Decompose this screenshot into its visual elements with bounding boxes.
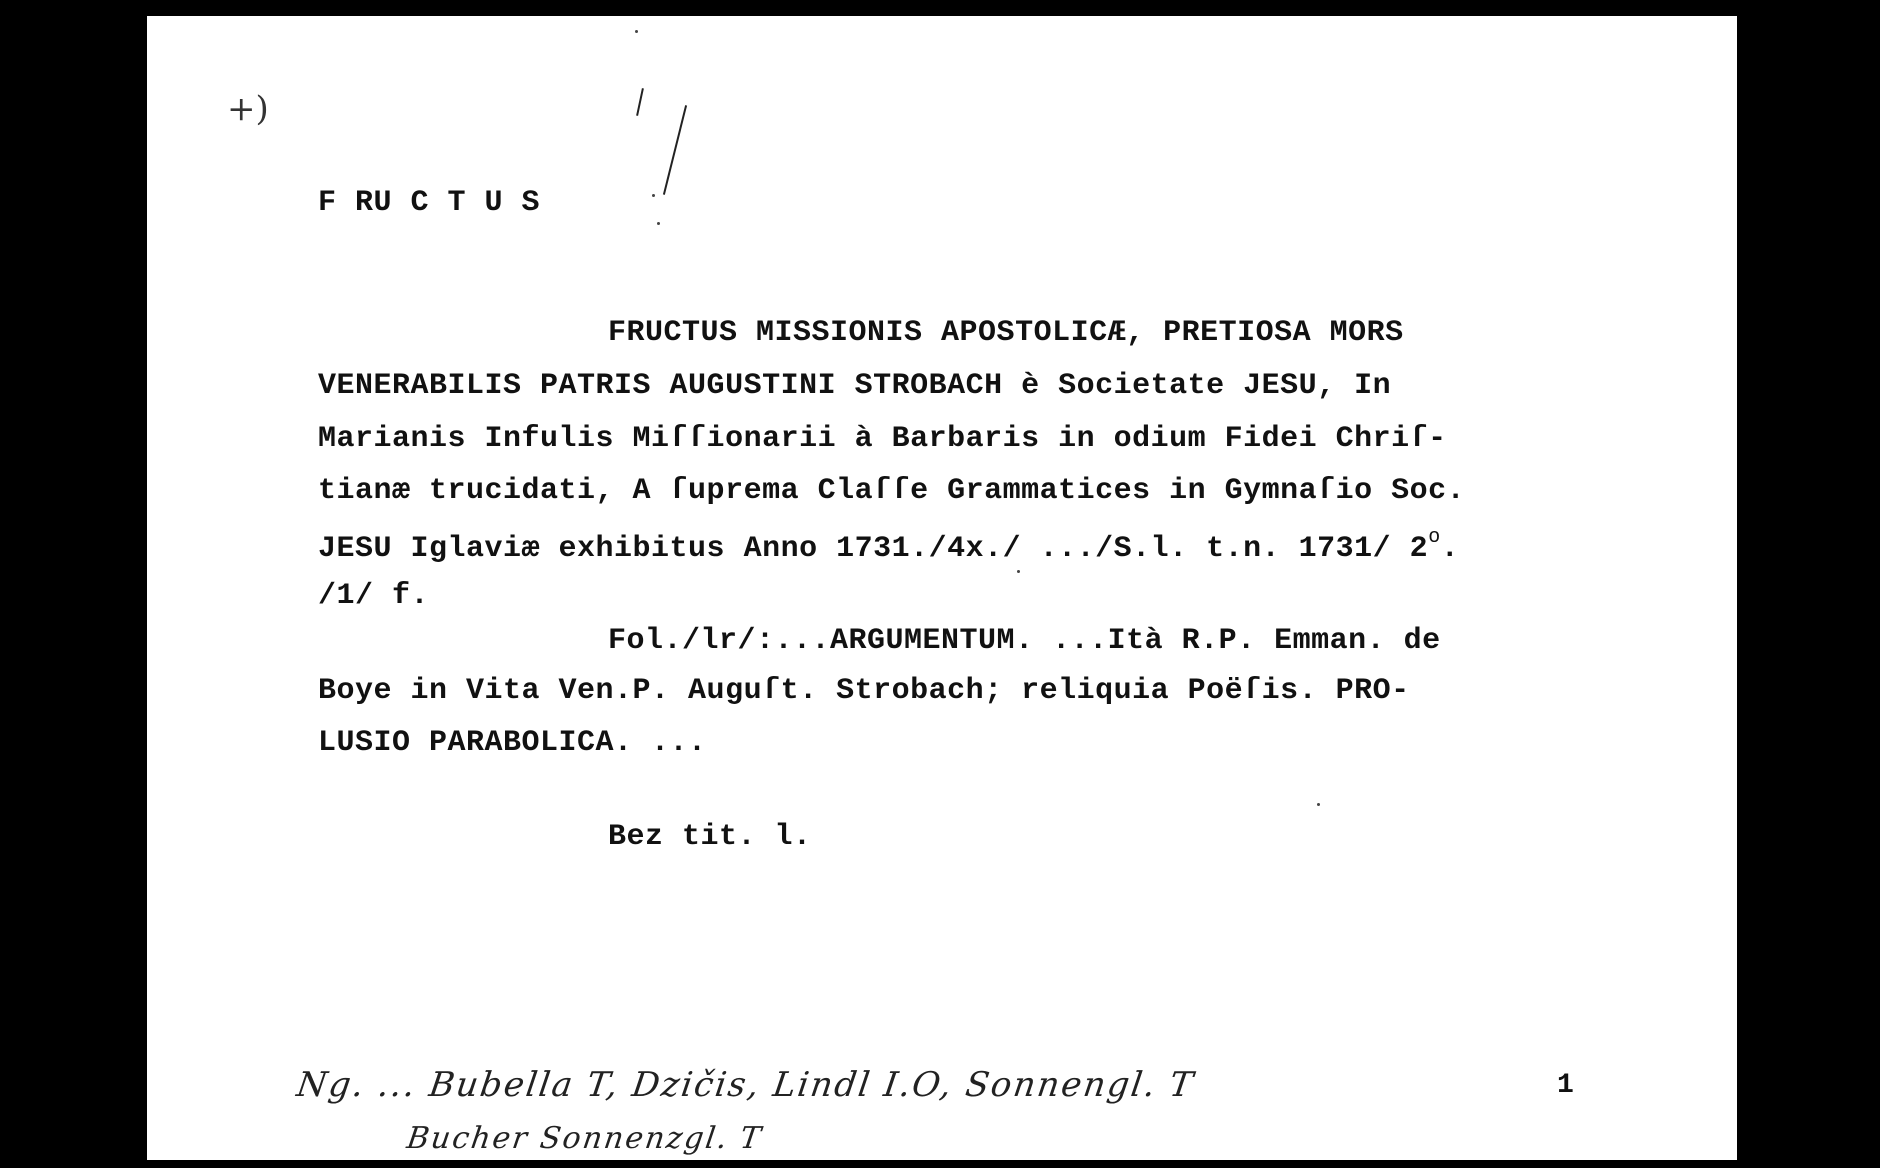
page-number: 1 — [1557, 1072, 1574, 1100]
imprint-text: JESU Iglaviæ exhibitus Anno 1731./4x./ .… — [318, 532, 1428, 566]
title-line-3: Marianis Infulis Miſſionarii à Barbaris … — [318, 424, 1447, 454]
title-line-2: VENERABILIS PATRIS AUGUSTINI STROBACH è … — [318, 371, 1391, 401]
speck — [635, 30, 638, 33]
title-line-4: tianæ trucidati, A ſuprema Claſſe Gramma… — [318, 476, 1465, 506]
pencil-stroke — [636, 88, 644, 116]
catalog-card: +) F RU C T U S FRUCTUS MISSIONIS APOSTO… — [147, 16, 1737, 1160]
imprint-line: JESU Iglaviæ exhibitus Anno 1731./4x./ .… — [318, 528, 1459, 564]
content-line-3: LUSIO PARABOLICA. ... — [318, 728, 707, 758]
content-line-1: Fol./lr/:...ARGUMENTUM. ...Ità R.P. Emma… — [608, 626, 1441, 656]
speck — [1017, 570, 1020, 573]
format-degree: o — [1428, 526, 1441, 549]
extent-line: /1/ f. — [318, 581, 429, 611]
content-line-2: Boye in Vita Ven.P. Auguſt. Strobach; re… — [318, 676, 1410, 706]
card-heading: F RU C T U S — [318, 188, 540, 218]
handwritten-annotation-2: Bucher Sonnenzgl. T — [405, 1124, 764, 1154]
title-line-1: FRUCTUS MISSIONIS APOSTOLICÆ, PRETIOSA M… — [608, 318, 1404, 348]
speck — [657, 222, 660, 225]
format-trailing: . — [1441, 532, 1460, 566]
note-line: Bez tit. l. — [608, 822, 812, 852]
pencil-stroke — [663, 105, 687, 195]
speck — [652, 194, 655, 197]
corner-mark: +) — [227, 92, 269, 126]
handwritten-annotation-1: Ng. ... Bubella T, Dzičis, Lindl I.O, So… — [295, 1068, 1197, 1102]
speck — [1317, 803, 1320, 806]
